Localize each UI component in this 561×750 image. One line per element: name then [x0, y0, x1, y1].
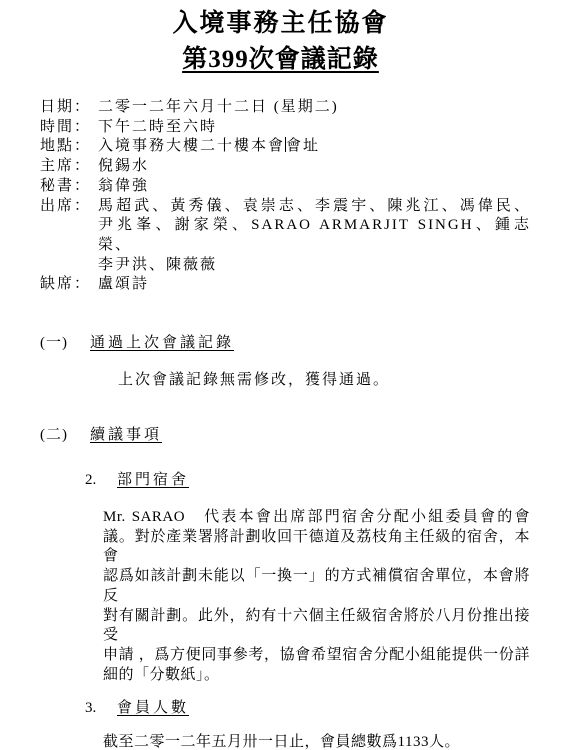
section-1-body: 上次會議記錄無需修改，獲得通過。 — [118, 370, 561, 390]
paragraph-line: 申請 ，爲方便同事參考，協會希望宿舍分配小組能提供一份詳 — [103, 646, 530, 666]
paragraph-line: 截至二零一二年五月卅一日止，會員總數爲1133人。 — [103, 733, 530, 750]
secretary-row: 秘書： 翁偉強 — [40, 177, 561, 197]
date-label: 日期： — [40, 98, 98, 118]
attendees-list: 馬超武、黃秀儀、袁崇志、李震宇、陳兆江、馮偉民、 尹兆峯、謝家榮、SARAO A… — [98, 197, 531, 276]
item-2-heading-row: 2. 部門宿舍 — [85, 470, 561, 490]
meeting-meta: 日期： 二零一二年六月十二日 (星期二) 時間： 下午二時至六時 地點： 入境事… — [40, 98, 561, 295]
item-2-number: 2. — [85, 470, 117, 490]
item-3-paragraph: 截至二零一二年五月卅一日止，會員總數爲1133人。 — [103, 733, 530, 750]
section-2-heading: 續議事項 — [90, 425, 162, 445]
section-1-heading: 通過上次會議記錄 — [90, 333, 234, 353]
paragraph-line: 認爲如該計劃未能以「一換一」的方式補償宿舍單位，本會將反 — [103, 567, 530, 606]
attendees-line: 尹兆峯、謝家榮、SARAO ARMARJIT SINGH、鍾志榮、 — [98, 216, 531, 255]
paragraph-line: Mr. SARAO 代表本會出席部門宿舍分配小組委員會的會 — [103, 508, 530, 528]
absent-row: 缺席： 盧頌詩 — [40, 275, 561, 295]
item-2-heading: 部門宿舍 — [117, 470, 189, 490]
item-3-heading-row: 3. 會員人數 — [85, 698, 561, 718]
paragraph-line: 細的「分數紙」。 — [103, 666, 530, 686]
item-3-heading: 會員人數 — [117, 698, 189, 718]
paragraph-line: 議。對於產業署將計劃收回干德道及荔枝角主任級的宿舍，本會 — [103, 528, 530, 567]
document-subtitle: 第399次會議記錄 — [0, 44, 561, 76]
attendees-row: 出席： 馬超武、黃秀儀、袁崇志、李震宇、陳兆江、馮偉民、 尹兆峯、謝家榮、SAR… — [40, 197, 561, 276]
document-title: 入境事務主任協會 — [0, 0, 561, 40]
secretary-label: 秘書： — [40, 177, 98, 197]
chairman-label: 主席： — [40, 157, 98, 177]
absent-value: 盧頌詩 — [98, 275, 149, 295]
date-value: 二零一二年六月十二日 (星期二) — [98, 98, 339, 118]
absent-label: 缺席： — [40, 275, 98, 295]
time-row: 時間： 下午二時至六時 — [40, 118, 561, 138]
attendees-label: 出席： — [40, 197, 98, 276]
item-2-paragraph: Mr. SARAO 代表本會出席部門宿舍分配小組委員會的會 議。對於產業署將計劃… — [103, 508, 530, 685]
item-3-number: 3. — [85, 698, 117, 718]
time-label: 時間： — [40, 118, 98, 138]
venue-text-before-cursor: 入境事務大樓二十樓本會 — [98, 138, 285, 154]
date-row: 日期： 二零一二年六月十二日 (星期二) — [40, 98, 561, 118]
chairman-value: 倪錫水 — [98, 157, 149, 177]
section-1-heading-row: (一) 通過上次會議記錄 — [40, 333, 561, 353]
secretary-value: 翁偉強 — [98, 177, 149, 197]
attendees-line: 馬超武、黃秀儀、袁崇志、李震宇、陳兆江、馮偉民、 — [98, 197, 531, 217]
chairman-row: 主席： 倪錫水 — [40, 157, 561, 177]
venue-row: 地點： 入境事務大樓二十樓本會會址 — [40, 137, 561, 157]
document-page[interactable]: 入境事務主任協會 第399次會議記錄 日期： 二零一二年六月十二日 (星期二) … — [0, 0, 561, 750]
venue-label: 地點： — [40, 137, 98, 157]
section-2-number: (二) — [40, 425, 90, 445]
time-value: 下午二時至六時 — [98, 118, 217, 138]
document-subtitle-text: 第399次會議記錄 — [182, 46, 379, 73]
paragraph-line: 對有關計劃。此外，約有十六個主任級宿舍將於八月份推出接受 — [103, 607, 530, 646]
venue-value: 入境事務大樓二十樓本會會址 — [98, 137, 320, 157]
attendees-line: 李尹洪、陳薇薇 — [98, 256, 531, 276]
section-1-number: (一) — [40, 333, 90, 353]
section-2-heading-row: (二) 續議事項 — [40, 425, 561, 445]
venue-text-after-cursor: 會址 — [286, 138, 320, 154]
